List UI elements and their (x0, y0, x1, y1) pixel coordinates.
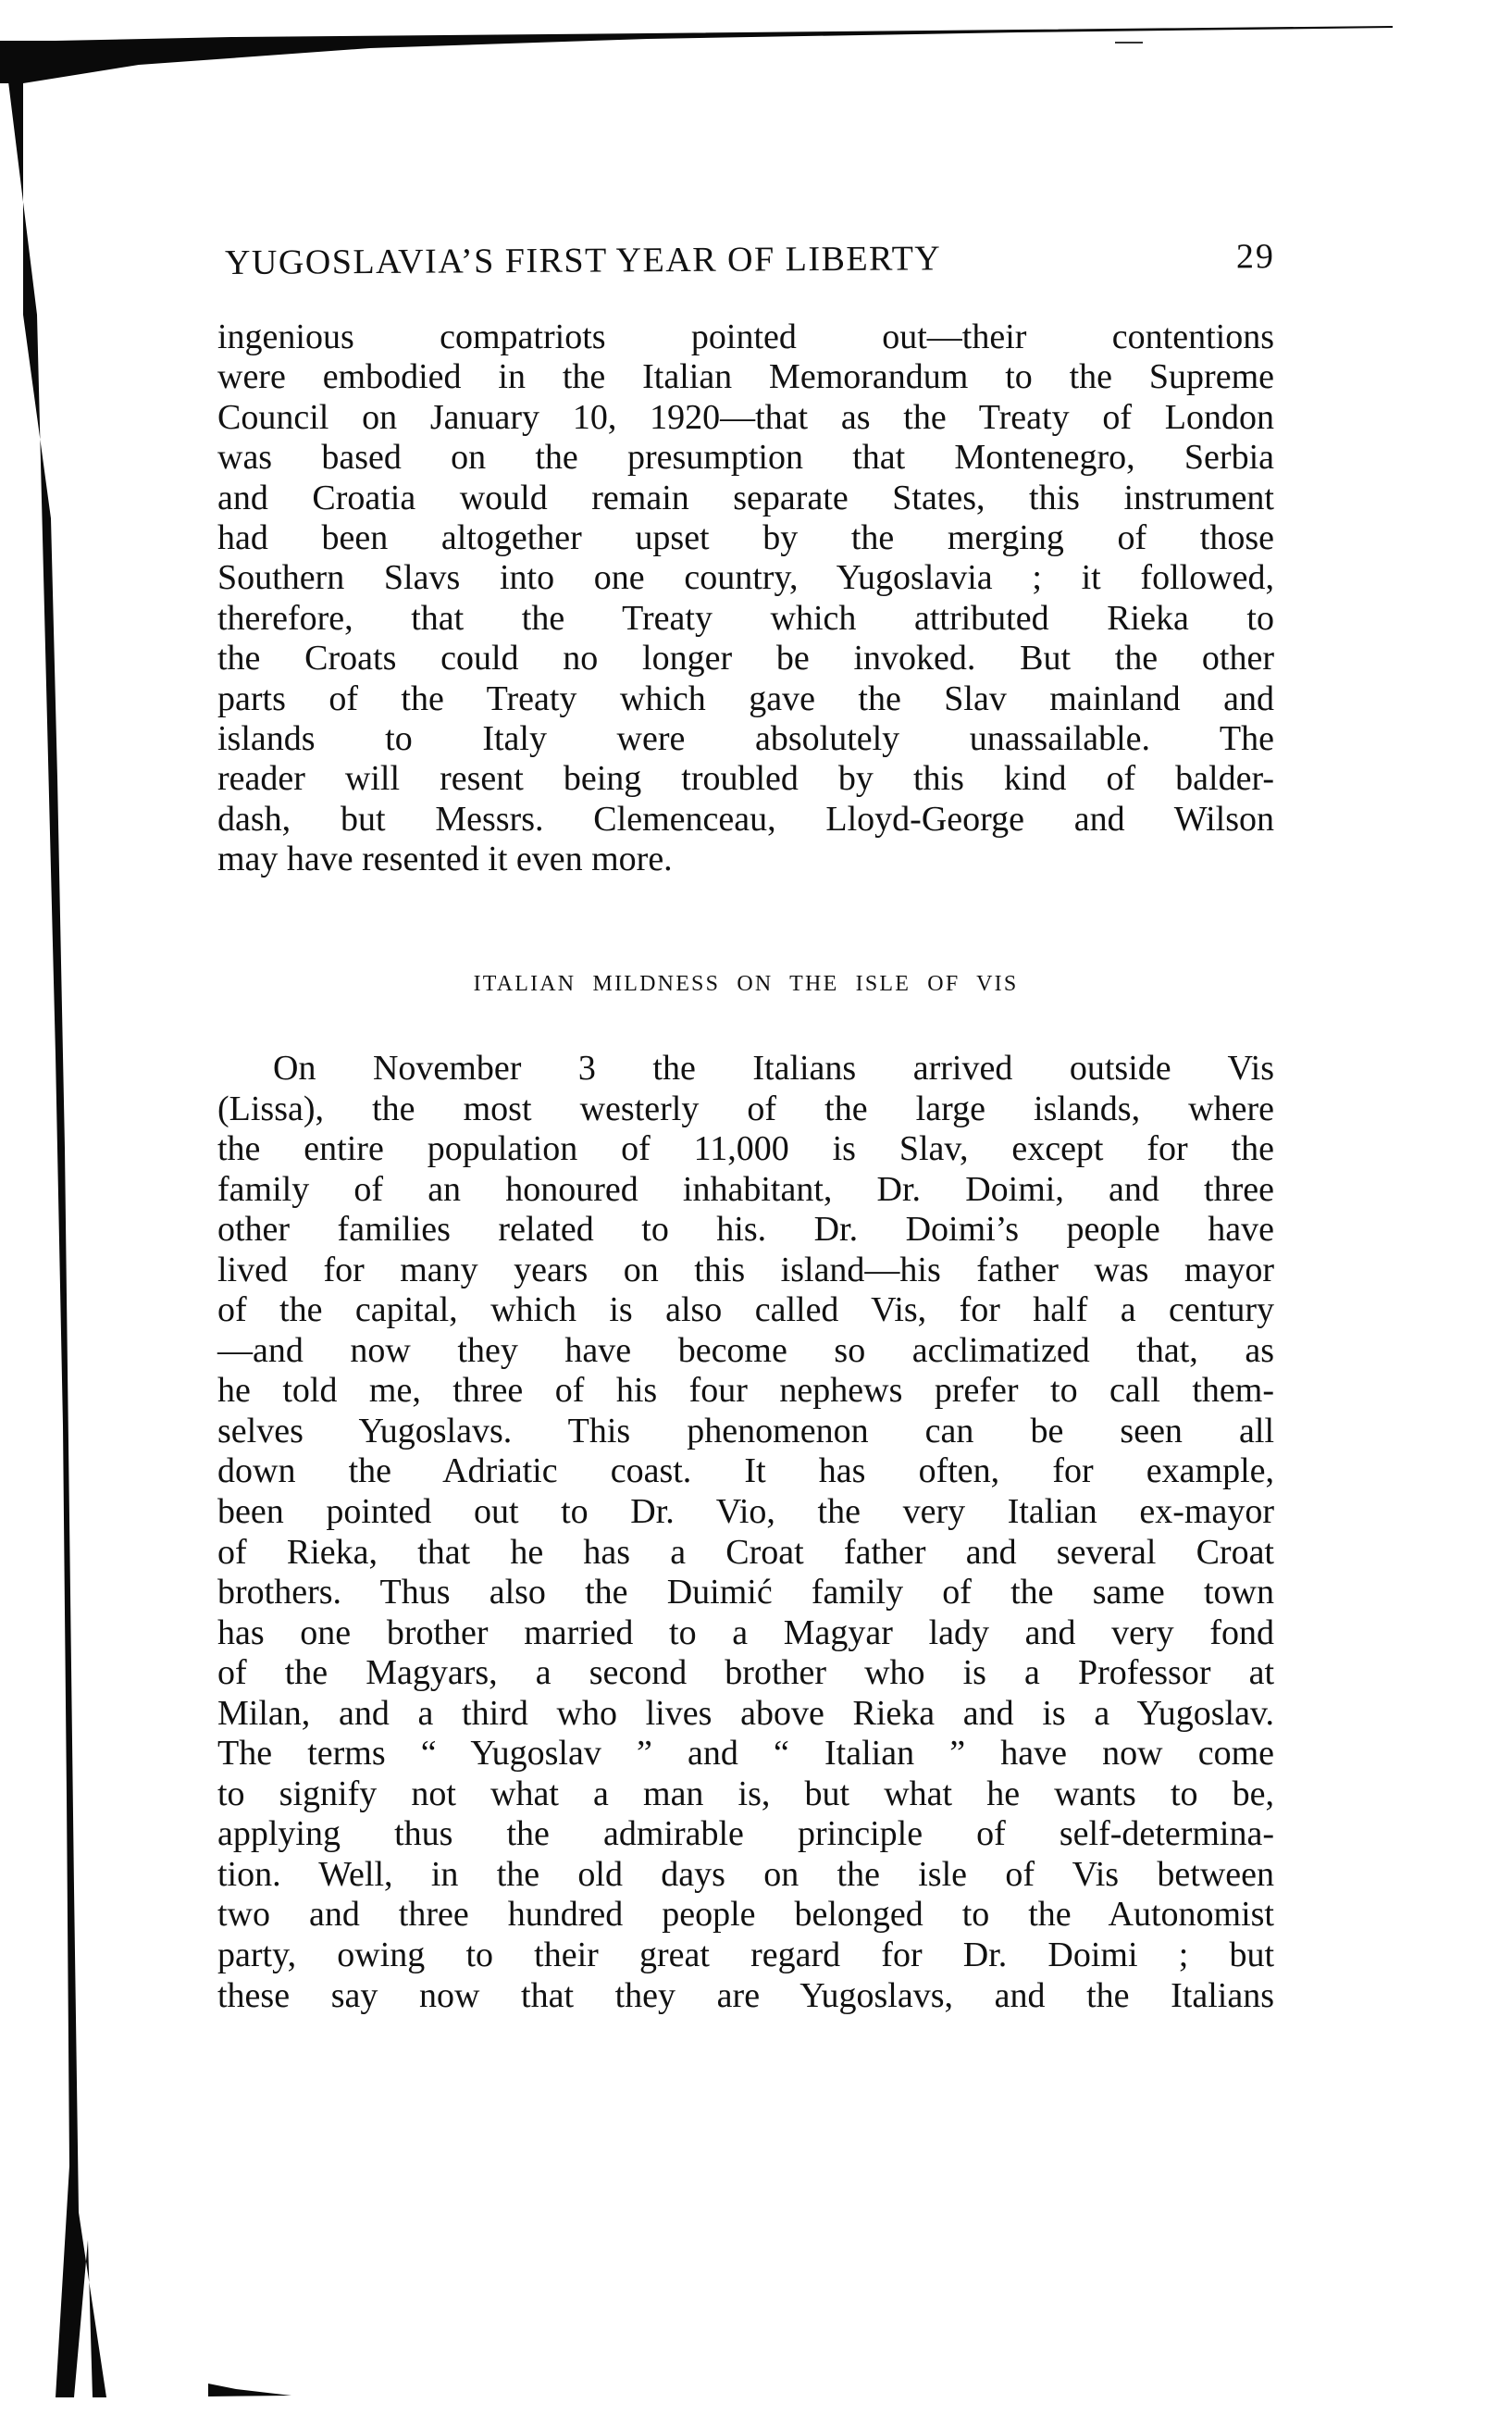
scan-bottom-mark (208, 2384, 291, 2396)
text-line: of the capital, which is also called Vis… (217, 1290, 1274, 1331)
text-line: other families related to his. Dr. Doimi… (217, 1210, 1274, 1251)
text-line: parts of the Treaty which gave the Slav … (217, 679, 1274, 719)
text-line: he told me, three of his four nephews pr… (217, 1371, 1274, 1412)
text-line: been pointed out to Dr. Vio, the very It… (217, 1492, 1274, 1533)
text-line: down the Adriatic coast. It has often, f… (217, 1451, 1274, 1492)
text-line: dash, but Messrs. Clemenceau, Lloyd-Geor… (217, 800, 1274, 840)
text-line: family of an honoured inhabitant, Dr. Do… (217, 1170, 1274, 1211)
text-line: islands to Italy were absolutely unassai… (217, 719, 1274, 759)
text-line: of Rieka, that he has a Croat father and… (217, 1533, 1274, 1574)
text-line: party, owing to their great regard for D… (217, 1936, 1274, 1976)
text-line: selves Yugoslavs. This phenomenon can be… (217, 1412, 1274, 1452)
text-line: reader will resent being troubled by thi… (217, 759, 1274, 799)
text-line: —and now they have become so acclimatize… (217, 1331, 1274, 1372)
text-line: two and three hundred people belonged to… (217, 1895, 1274, 1936)
text-line: these say now that they are Yugoslavs, a… (217, 1976, 1274, 2017)
text-line: The terms “ Yugoslav ” and “ Italian ” h… (217, 1734, 1274, 1774)
running-head: YUGOSLAVIA’S FIRST YEAR OF LIBERTY 29 (225, 236, 1275, 283)
text-line: Council on January 10, 1920—that as the … (217, 398, 1274, 438)
text-line: applying thus the admirable principle of… (217, 1814, 1274, 1855)
text-line: the Croats could no longer be invoked. B… (217, 639, 1274, 678)
text-line: therefore, that the Treaty which attribu… (217, 599, 1274, 639)
running-head-title: YUGOSLAVIA’S FIRST YEAR OF LIBERTY (225, 238, 942, 283)
text-line: may have resented it even more. (217, 840, 1274, 879)
text-line: Southern Slavs into one country, Yugosla… (217, 558, 1274, 598)
text-line: the entire population of 11,000 is Slav,… (217, 1129, 1274, 1170)
text-line: has one brother married to a Magyar lady… (217, 1613, 1274, 1654)
paragraph-2: On November 3 the Italians arrived outsi… (217, 1049, 1274, 2016)
text-line: and Croatia would remain separate States… (217, 479, 1274, 518)
scan-binding-shadow-left (0, 37, 111, 2407)
text-line: lived for many years on this island—his … (217, 1251, 1274, 1291)
text-line: ingenious compatriots pointed out—their … (217, 317, 1274, 357)
text-line: On November 3 the Italians arrived outsi… (217, 1049, 1274, 1089)
text-line: were embodied in the Italian Memorandum … (217, 357, 1274, 397)
text-line: was based on the presumption that Monten… (217, 438, 1274, 478)
section-heading: ITALIAN MILDNESS ON THE ISLE OF VIS (217, 972, 1274, 997)
text-line: of the Magyars, a second brother who is … (217, 1653, 1274, 1694)
text-line: tion. Well, in the old days on the isle … (217, 1855, 1274, 1896)
text-line: brothers. Thus also the Duimić family of… (217, 1573, 1274, 1613)
text-line: (Lissa), the most westerly of the large … (217, 1089, 1274, 1130)
paragraph-1: ingenious compatriots pointed out—their … (217, 317, 1274, 879)
text-line: to signify not what a man is, but what h… (217, 1774, 1274, 1815)
text-line: Milan, and a third who lives above Rieka… (217, 1694, 1274, 1735)
scan-binding-shadow-top (0, 0, 1512, 83)
page-number: 29 (1236, 236, 1275, 277)
text-line: had been altogether upset by the merging… (217, 518, 1274, 558)
